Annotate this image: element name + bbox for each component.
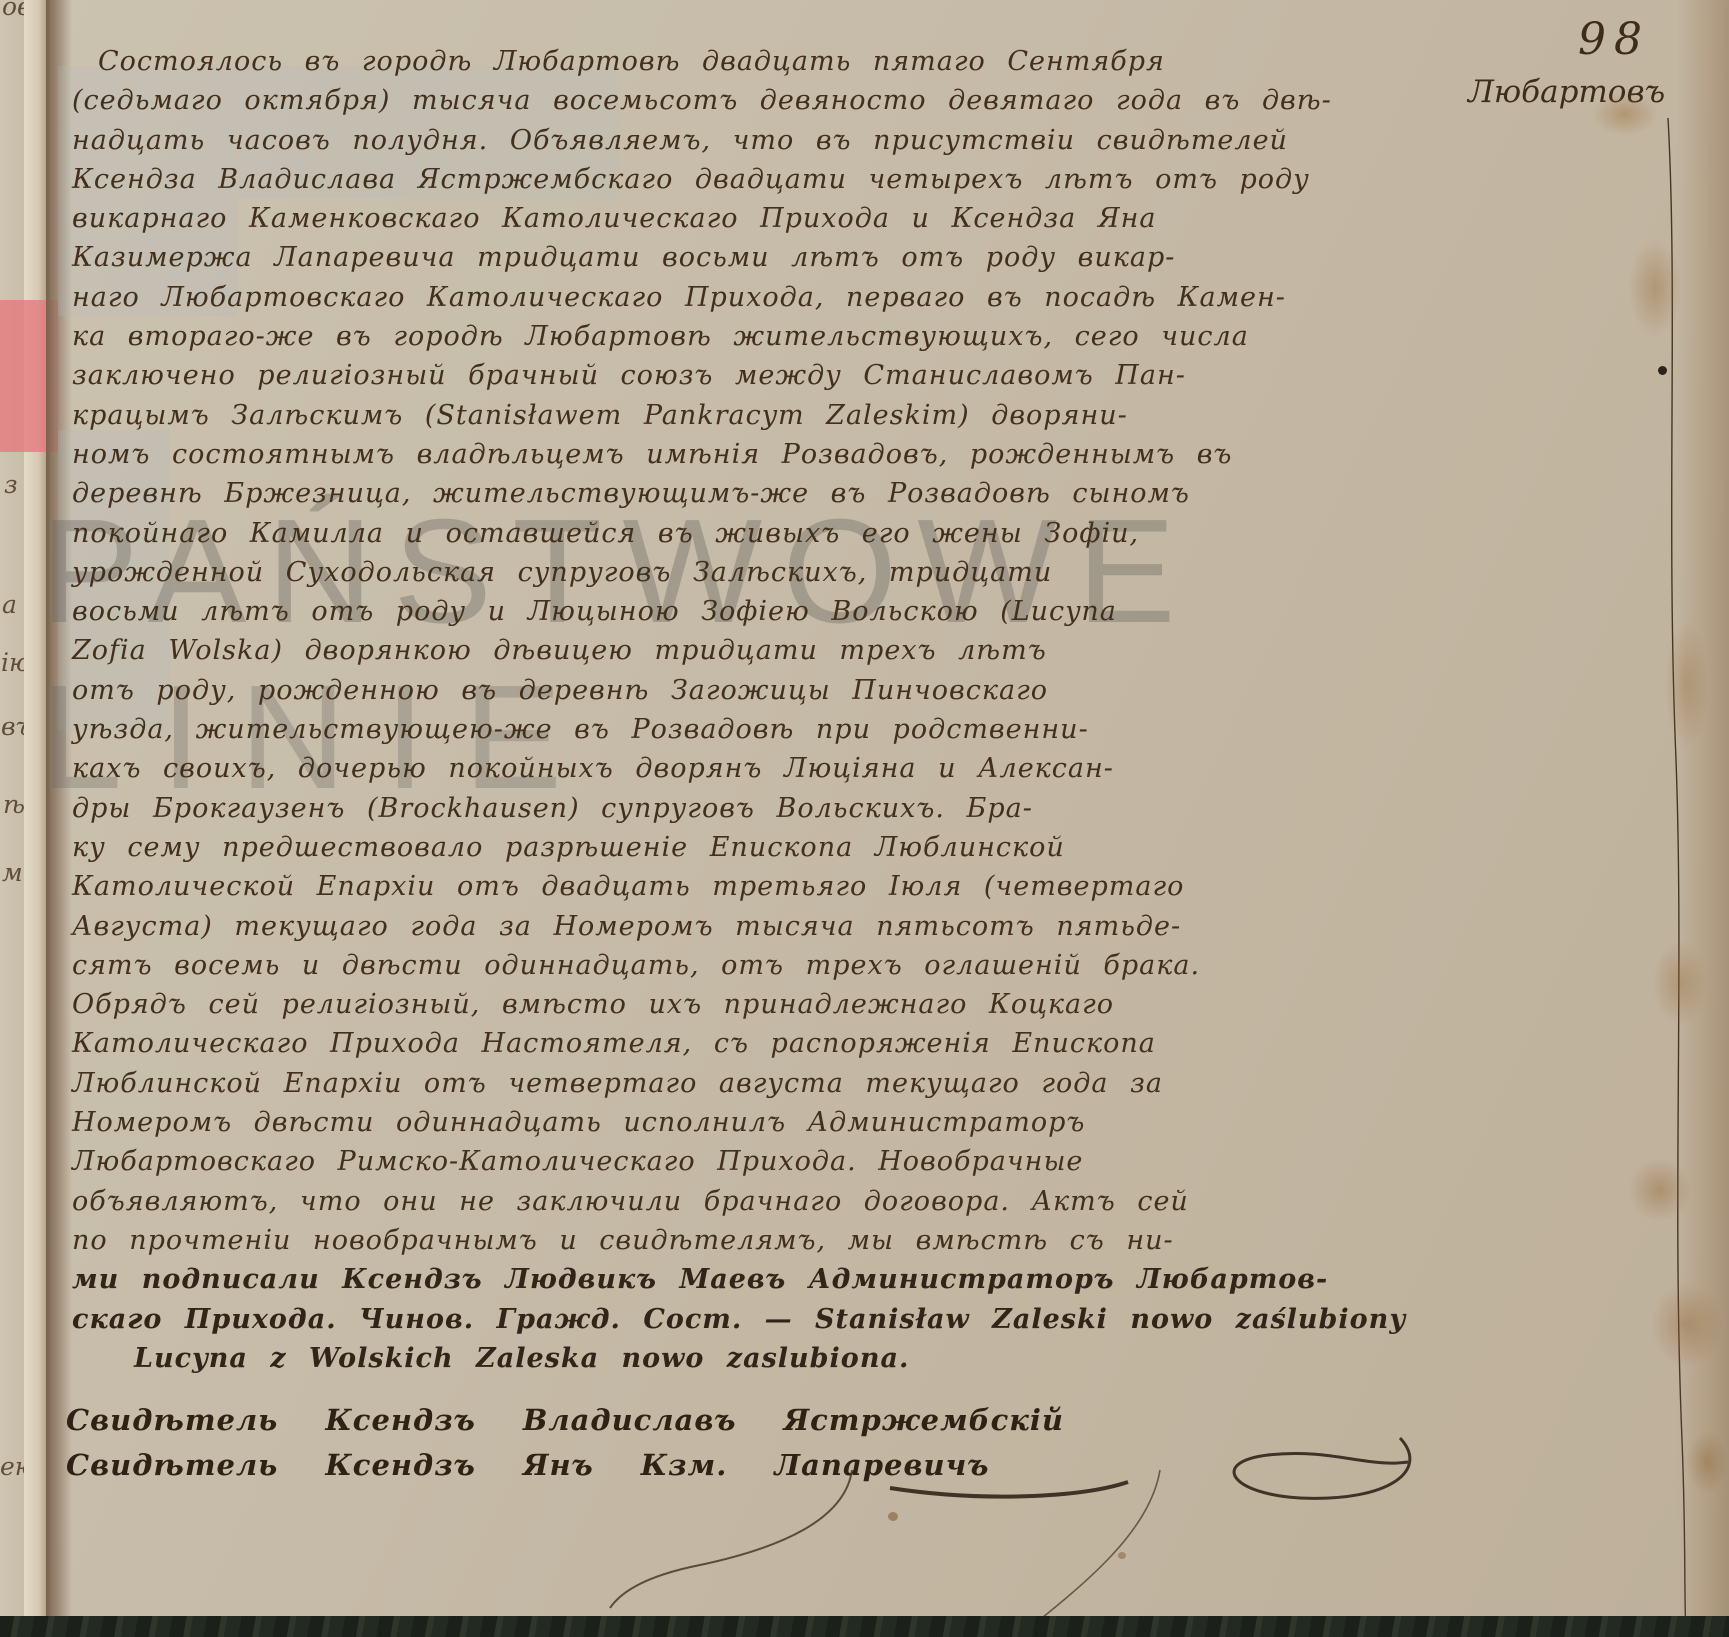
paper-stain — [1650, 1282, 1724, 1368]
paper-stain — [1686, 1430, 1728, 1494]
record-book-page-scan: овъ з а ію въ. ѣ мь ею PAŃSTWOWE LINIE 9… — [0, 0, 1729, 1637]
act-line-officiant-signature: ми подписали Ксендзъ Людвикъ Маевъ Админ… — [72, 1260, 1474, 1299]
paper-stain — [1628, 238, 1682, 338]
act-line: отъ роду, рожденною въ деревнѣ Загожицы … — [72, 671, 1474, 710]
flourish-descender-right — [1022, 1470, 1160, 1634]
previous-page-sliver: овъ з а ію въ. ѣ мь ею — [0, 0, 26, 1620]
witness-signature-block: Свидѣтель Ксендзъ Владиславъ Ястржембскі… — [66, 1398, 1064, 1488]
flourish-loop — [1234, 1438, 1410, 1498]
record-number: 98 — [1578, 14, 1650, 65]
paper-stain — [1664, 620, 1710, 750]
act-line: крацымъ Залѣскимъ (Stanisławem Pankracym… — [72, 396, 1474, 435]
ink-spot — [1658, 366, 1667, 375]
act-line: Номеромъ двѣсти одиннадцать исполнилъ Ад… — [72, 1103, 1474, 1142]
stray-letter-fragment: ѣ — [3, 790, 25, 819]
act-line: викарнаго Каменковскаго Католическаго Пр… — [72, 199, 1474, 238]
flourish-descender-left — [610, 1470, 852, 1608]
act-line: Августа) текущаго года за Номеромъ тысяч… — [72, 907, 1474, 946]
paper-stain — [1628, 1158, 1692, 1222]
act-line: Обрядъ сей религіозный, вмѣсто ихъ прина… — [72, 985, 1474, 1024]
paper-stain — [1652, 940, 1708, 1026]
paper-speck — [888, 1512, 898, 1521]
act-line-bride-signature: Lucyna z Wolskich Zaleska nowo zaslubion… — [72, 1339, 1474, 1378]
act-line: (седьмаго октября) тысяча восемьсотъ дев… — [72, 81, 1474, 120]
act-line: наго Любартовскаго Католическаго Прихода… — [72, 278, 1474, 317]
act-line: ку сему предшествовало разрѣшеніе Еписко… — [72, 828, 1474, 867]
act-line: Zofia Wolska) дворянкою дѣвицею тридцати… — [72, 631, 1474, 670]
act-line: Католической Епархіи отъ двадцать третья… — [72, 867, 1474, 906]
paper-stain — [1592, 92, 1658, 136]
act-line: заключено религіозный брачный союзъ межд… — [72, 356, 1474, 395]
act-line: Любартовскаго Римско-Католическаго Прихо… — [72, 1142, 1474, 1181]
act-line: объявляютъ, что они не заключили брачнаг… — [72, 1182, 1474, 1221]
act-line: по прочтеніи новобрачнымъ и свидѣтелямъ,… — [72, 1221, 1474, 1260]
page-right-edge — [1677, 0, 1729, 1637]
witness-signature-1: Свидѣтель Ксендзъ Владиславъ Ястржембскі… — [66, 1398, 1064, 1443]
act-line: Католическаго Прихода Настоятеля, съ рас… — [72, 1024, 1474, 1063]
act-line: дры Брокгаузенъ (Brockhausen) супруговъ … — [72, 789, 1474, 828]
act-line: Ксендза Владислава Ястржембскаго двадцат… — [72, 160, 1474, 199]
witness-signature-2: Свидѣтель Ксендзъ Янъ Кзм. Лапаревичъ — [66, 1443, 1064, 1488]
act-line: сятъ восемь и двѣсти одиннадцать, отъ тр… — [72, 946, 1474, 985]
paper-speck — [1118, 1552, 1126, 1559]
act-line: восьми лѣтъ отъ роду и Люцыною Зофіею Во… — [72, 592, 1474, 631]
act-line: Люблинской Епархіи отъ четвертаго август… — [72, 1064, 1474, 1103]
act-line: Казимержа Лапаревича тридцати восьми лѣт… — [72, 238, 1474, 277]
act-line: кахъ своихъ, дочерью покойныхъ дворянъ Л… — [72, 749, 1474, 788]
stray-letter-fragment: з — [4, 470, 18, 499]
act-line: номъ состоятнымъ владѣльцемъ имѣнія Розв… — [72, 435, 1474, 474]
act-body-text: Состоялось въ городѣ Любартовѣ двадцать … — [72, 42, 1474, 1378]
act-line: покойнаго Камилла и оставшейся въ живыхъ… — [72, 514, 1474, 553]
act-line: деревнѣ Бржезница, жительствующимъ-же въ… — [72, 474, 1474, 513]
act-line: урожденной Суходольская супруговъ Залѣск… — [72, 553, 1474, 592]
act-line: Состоялось въ городѣ Любартовѣ двадцать … — [72, 42, 1474, 81]
stray-letter-fragment: а — [2, 590, 17, 619]
act-line-groom-signature: скаго Прихода. Чинов. Гражд. Сост. — Sta… — [72, 1300, 1474, 1339]
act-line: надцать часовъ полудня. Объявляемъ, что … — [72, 121, 1474, 160]
book-cover-edge — [0, 1616, 1729, 1637]
act-line: ка втораго-же въ городѣ Любартовѣ житель… — [72, 317, 1474, 356]
act-line: уѣзда, жительствующею-же въ Розвадовѣ пр… — [72, 710, 1474, 749]
